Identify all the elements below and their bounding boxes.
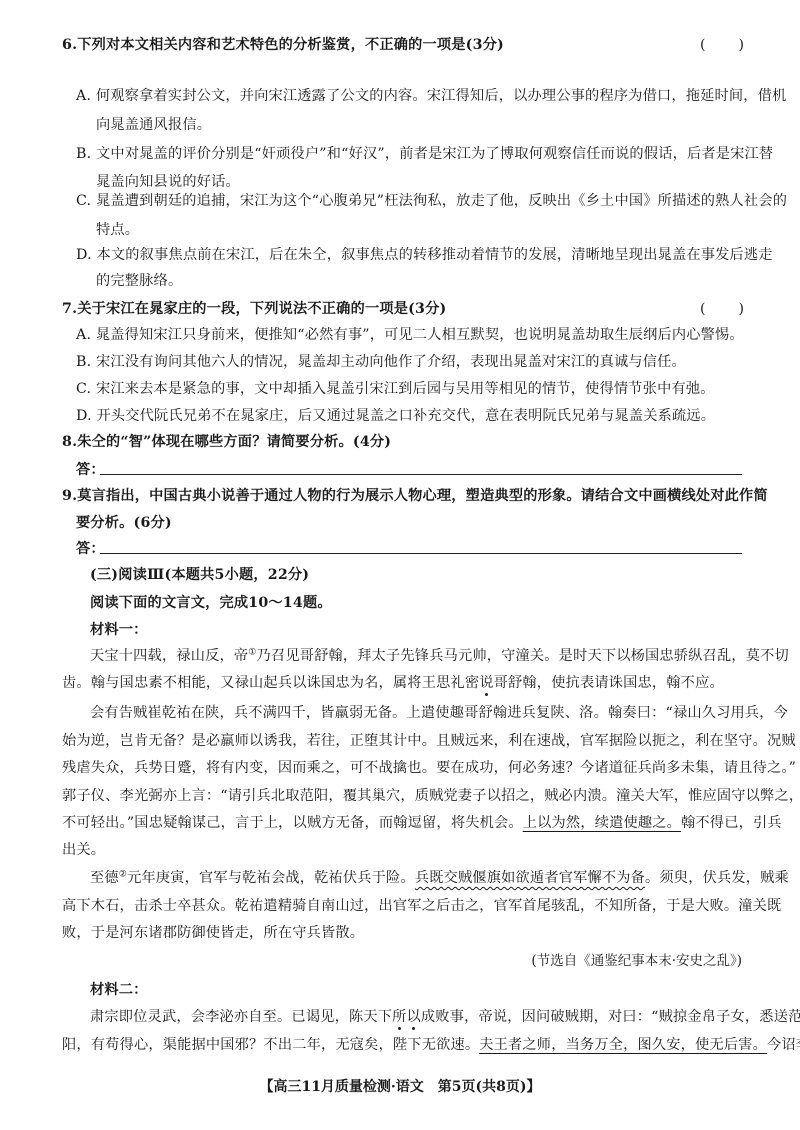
material-2-heading: 材料二： (90, 980, 770, 1000)
section-3-instruction: 阅读下面的文言文，完成10～14题。 (90, 593, 770, 613)
material-2-line1: 肃宗即位灵武，会李泌亦自至。已谒见，陈天下所以成败事，帝说，因问破贼期，对曰：“… (90, 1007, 770, 1027)
question-9-stem: 9.莫言指出，中国古典小说善于通过人物的行为展示人物心理，塑造典型的形象。请结合… (62, 486, 742, 506)
bracket-open: ( (700, 35, 706, 55)
question-8-stem: 8.朱仝的“智”体现在哪些方面？请简要分析。(4分) (62, 432, 742, 452)
text-run: 哥舒翰，使抗表请诛国忠，翰不应。 (494, 675, 724, 691)
question-7-option-d: D. 开头交代阮氏兄弟不在晁家庄，后又通过晁盖之口补充交代，意在表明阮氏兄弟与晁… (76, 406, 756, 426)
underlined-sentence: 夫王者之师，当务万全，图久安，使无后害。 (479, 1037, 767, 1053)
question-8-answer-label: 答： (76, 460, 756, 480)
question-8-answer-line[interactable] (100, 474, 742, 475)
text-run: 成败事，帝说，因问破贼期，对曰：“贼掠金帛子女，悉送范 (421, 1009, 800, 1025)
question-6-option-d-cont: 的完整脉络。 (96, 271, 776, 291)
emphasis-dot-char: 以 (407, 1009, 421, 1025)
question-6-stem: 6.下列对本文相关内容和艺术特色的分析鉴赏，不正确的一项是(3分) (62, 35, 742, 55)
text-run: 阳，有苟得心，渠能据中国邪？不出二年，无寇矣，陛下无欲速。 (62, 1037, 479, 1053)
text-run: 肃宗即位灵武，会李泌亦自至。已谒见，陈天下 (90, 1009, 392, 1025)
material-1-p2-line4: 郭子仪、李光弼亦上言：“请引兵北取范阳，覆其巢穴，质贼党妻子以招之，贼必内溃。潼… (62, 786, 742, 806)
question-6-option-d: D. 本文的叙事焦点前在宋江，后在朱仝，叙事焦点的转移推动着情节的发展，清晰地呈… (76, 245, 756, 265)
question-6-option-b: B. 文中对晁盖的评价分别是“奸顽役户”和“好汉”，前者是宋江为了博取何观察信任… (76, 144, 756, 164)
material-1-p1-line1: 天宝十四载，禄山反，帝①乃召见哥舒翰，拜太子先锋兵马元帅，守潼关。是时天下以杨国… (90, 646, 770, 666)
question-6-option-c: C. 晁盖遭到朝廷的追捕，宋江为这个“心腹弟兄”枉法徇私，放走了他，反映出《乡土… (76, 191, 756, 211)
question-7-option-b: B. 宋江没有询问其他六人的情况，晁盖却主动向他作了介绍，表现出晁盖对宋江的真诚… (76, 352, 756, 372)
footnote-marker: ① (248, 647, 256, 657)
bracket-close: ) (738, 35, 744, 55)
material-1-p3-line3: 败，于是河东诸郡防御使皆走，所在守兵皆散。 (62, 923, 742, 943)
material-1-p2-line2: 始为逆，岂肯无备？是必羸师以诱我，若往，正堕其计中。且贼远来，利在速战，官军据险… (62, 731, 742, 751)
bracket-open: ( (700, 299, 706, 319)
text-run: 乃召见哥舒翰，拜太子先锋兵马元帅，守潼关。是时天下以杨国忠骄纵召乱，莫不切 (257, 648, 789, 664)
question-7-answer-bracket[interactable]: ( ) (700, 299, 744, 319)
footnote-marker: ② (119, 869, 127, 879)
material-1-p2-line5: 不可轻出。”国忠疑翰谋己，言于上，以贼方无备，而翰逗留，将失机会。上以为然，续遣… (62, 813, 742, 833)
question-9-stem-cont: 要分析。(6分) (76, 513, 756, 533)
material-1-p2-line1: 会有告贼崔乾祐在陕，兵不满四千，皆羸弱无备。上遣使趣哥舒翰进兵复陕、洛。翰奏曰：… (90, 703, 770, 723)
underlined-sentence: 上以为然，续遣使趣之。 (523, 815, 681, 831)
material-1-p2-line3: 残虐失众，兵势日蹙，将有内变，因而乘之，可不战擒也。要在成功，何必务速？今诸道征… (62, 758, 742, 778)
emphasis-dot-char: 所 (392, 1009, 406, 1025)
exam-page: 6.下列对本文相关内容和艺术特色的分析鉴赏，不正确的一项是(3分) ( ) A.… (0, 0, 800, 1130)
page-footer: 【高三11月质量检测·语文 第5页(共8页)】 (0, 1077, 800, 1097)
question-6-option-b-cont: 晁盖向知县说的好话。 (96, 172, 776, 192)
material-1-heading: 材料一： (90, 620, 770, 640)
question-7-option-c: C. 宋江来去本是紧急的事，文中却插入晁盖引宋江到后园与吴用等相见的情节，使得情… (76, 379, 756, 399)
question-9-answer-line[interactable] (100, 553, 742, 554)
text-run: 齿。翰与国忠素不相能，又禄山起兵以诛国忠为名，属将王思礼密 (62, 675, 479, 691)
text-run: 至德 (90, 870, 119, 886)
material-1-source: (节选自《通鉴纪事本末·安史之乱》) (531, 951, 742, 971)
material-1-p2-line6: 出关。 (62, 840, 742, 860)
text-run: 元年庚寅，官军与乾祐会战，乾祐伏兵于险。 (127, 870, 415, 886)
question-7-stem: 7.关于宋江在晁家庄的一段，下列说法不正确的一项是(3分) (62, 299, 742, 319)
emphasis-dot-char: 说 (479, 675, 493, 691)
question-6-option-a-cont: 向晁盖通风报信。 (96, 115, 776, 135)
bracket-close: ) (738, 299, 744, 319)
material-2-line2: 阳，有苟得心，渠能据中国邪？不出二年，无寇矣，陛下无欲速。夫王者之师，当务万全，… (62, 1035, 742, 1055)
text-run: 不可轻出。”国忠疑翰谋己，言于上，以贼方无备，而翰逗留，将失机会。 (62, 815, 523, 831)
question-6-option-a: A. 何观察拿着实封公文，并向宋江透露了公文的内容。宋江得知后，以办理公事的程序… (76, 86, 756, 106)
question-6-answer-bracket[interactable]: ( ) (700, 35, 744, 55)
question-7-option-a: A. 晁盖得知宋江只身前来，便推知“必然有事”，可见二人相互默契，也说明晁盖劫取… (76, 325, 756, 345)
wavy-underlined-sentence: 兵既交贼偃旗如欲遁者官军懈不为备 (415, 870, 645, 886)
material-1-p3-line1: 至德②元年庚寅，官军与乾祐会战，乾祐伏兵于险。兵既交贼偃旗如欲遁者官军懈不为备。… (90, 868, 770, 888)
text-run: 今诏李 (767, 1037, 800, 1053)
material-1-p3-line2: 高下木石，击杀士卒甚众。乾祐遣精骑自南山过，出官军之后击之，官军首尾骇乱，不知所… (62, 896, 742, 916)
question-9-answer-label: 答： (76, 539, 756, 559)
question-6-option-c-cont: 特点。 (96, 220, 776, 240)
text-run: 翰不得已，引兵 (681, 815, 782, 831)
text-run: 天宝十四载，禄山反，帝 (90, 648, 248, 664)
section-3-title: (三)阅读Ⅲ(本题共5小题，22分) (90, 565, 770, 585)
text-run: 。须臾，伏兵发，贼乘 (645, 870, 789, 886)
material-1-p1-line2: 齿。翰与国忠素不相能，又禄山起兵以诛国忠为名，属将王思礼密说哥舒翰，使抗表请诛国… (62, 673, 742, 693)
